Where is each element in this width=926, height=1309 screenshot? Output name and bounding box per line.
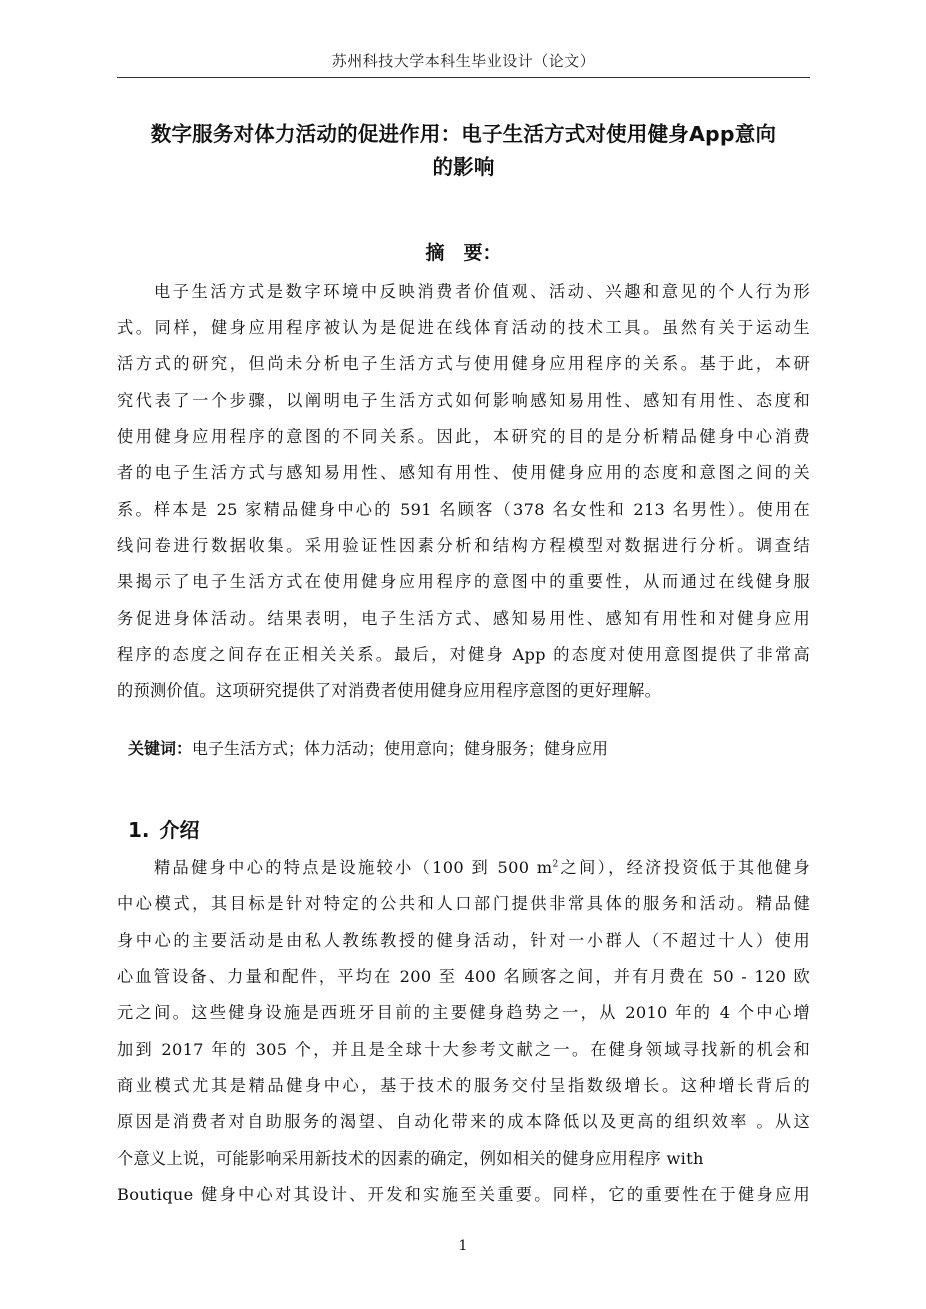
body-line: 个意义上说，可能影响采用新技术的因素的确定，例如相关的健身应用程序 with — [117, 1145, 810, 1169]
section-heading-introduction: 1.介绍 — [128, 814, 200, 843]
abstract-line: 究代表了一个步骤，以阐明电子生活方式如何影响感知易用性、感知有用性、态度和 — [117, 387, 810, 411]
body-text: 精品健身中心的特点是设施较小（100 到 500 m — [154, 858, 552, 877]
abstract-line: 果揭示了电子生活方式在使用健身应用程序的意图中的重要性，从而通过在线健身服 — [117, 568, 810, 592]
section-number: 1. — [128, 818, 150, 842]
abstract-line: 者的电子生活方式与感知易用性、感知有用性、使用健身应用的态度和意图之间的关 — [117, 459, 810, 483]
abstract-line: 线问卷进行数据收集。采用验证性因素分析和结构方程模型对数据进行分析。调查结 — [117, 532, 810, 556]
running-header: 苏州科技大学本科生毕业设计（论文） — [117, 50, 810, 71]
abstract-line: 电子生活方式是数字环境中反映消费者价值观、活动、兴趣和意见的个人行为形 — [117, 278, 810, 302]
abstract-line: 程序的态度之间存在正相关关系。最后，对健身 App 的态度对使用意图提供了非常高 — [117, 641, 810, 665]
body-line: 原因是消费者对自助服务的渴望、自动化带来的成本降低以及更高的组织效率 。从这 — [117, 1108, 810, 1132]
abstract-line: 的预测价值。这项研究提供了对消费者使用健身应用程序意图的更好理解。 — [117, 677, 810, 701]
body-line: 身中心的主要活动是由私人教练教授的健身活动，针对一小群人（不超过十人）使用 — [117, 927, 810, 951]
paper-title-line-1: 数字服务对体力活动的促进作用：电子生活方式对使用健身App意向 — [117, 117, 810, 147]
keywords-value: 电子生活方式；体力活动；使用意向；健身服务；健身应用 — [192, 739, 608, 758]
body-text: 之间），经济投资低于其他健身 — [558, 858, 810, 877]
abstract-line: 务促进身体活动。结果表明，电子生活方式、感知易用性、感知有用性和对健身应用 — [117, 605, 810, 629]
abstract-line: 使用健身应用程序的意图的不同关系。因此，本研究的目的是分析精品健身中心消费 — [117, 423, 810, 447]
keywords: 关键词：电子生活方式；体力活动；使用意向；健身服务；健身应用 — [128, 736, 608, 759]
body-line: 加到 2017 年的 305 个，并且是全球十大参考文献之一。在健身领域寻找新的… — [117, 1036, 810, 1060]
page-number: 1 — [0, 1238, 926, 1254]
abstract-line: 系。样本是 25 家精品健身中心的 591 名顾客（378 名女性和 213 名… — [117, 496, 810, 520]
abstract-heading: 摘 要： — [117, 238, 810, 265]
section-title: 介绍 — [160, 818, 200, 842]
body-line: 精品健身中心的特点是设施较小（100 到 500 m2之间），经济投资低于其他健… — [117, 854, 810, 878]
body-line: 商业模式尤其是精品健身中心，基于技术的服务交付呈指数级增长。这种增长背后的 — [117, 1072, 810, 1096]
abstract-line: 活方式的研究，但尚未分析电子生活方式与使用健身应用程序的关系。基于此，本研 — [117, 350, 810, 374]
body-line: 元之间。这些健身设施是西班牙目前的主要健身趋势之一，从 2010 年的 4 个中… — [117, 999, 810, 1023]
abstract-line: 式。同样，健身应用程序被认为是促进在线体育活动的技术工具。虽然有关于运动生 — [117, 314, 810, 338]
body-line: 心血管设备、力量和配件，平均在 200 至 400 名顾客之间，并有月费在 50… — [117, 963, 810, 987]
keywords-label: 关键词： — [128, 739, 192, 758]
header-divider — [117, 77, 810, 78]
body-line: Boutique 健身中心对其设计、开发和实施至关重要。同样，它的重要性在于健身… — [117, 1181, 810, 1205]
body-line: 中心模式，其目标是针对特定的公共和人口部门提供非常具体的服务和活动。精品健 — [117, 890, 810, 914]
paper-title-line-2: 的影响 — [117, 150, 810, 180]
